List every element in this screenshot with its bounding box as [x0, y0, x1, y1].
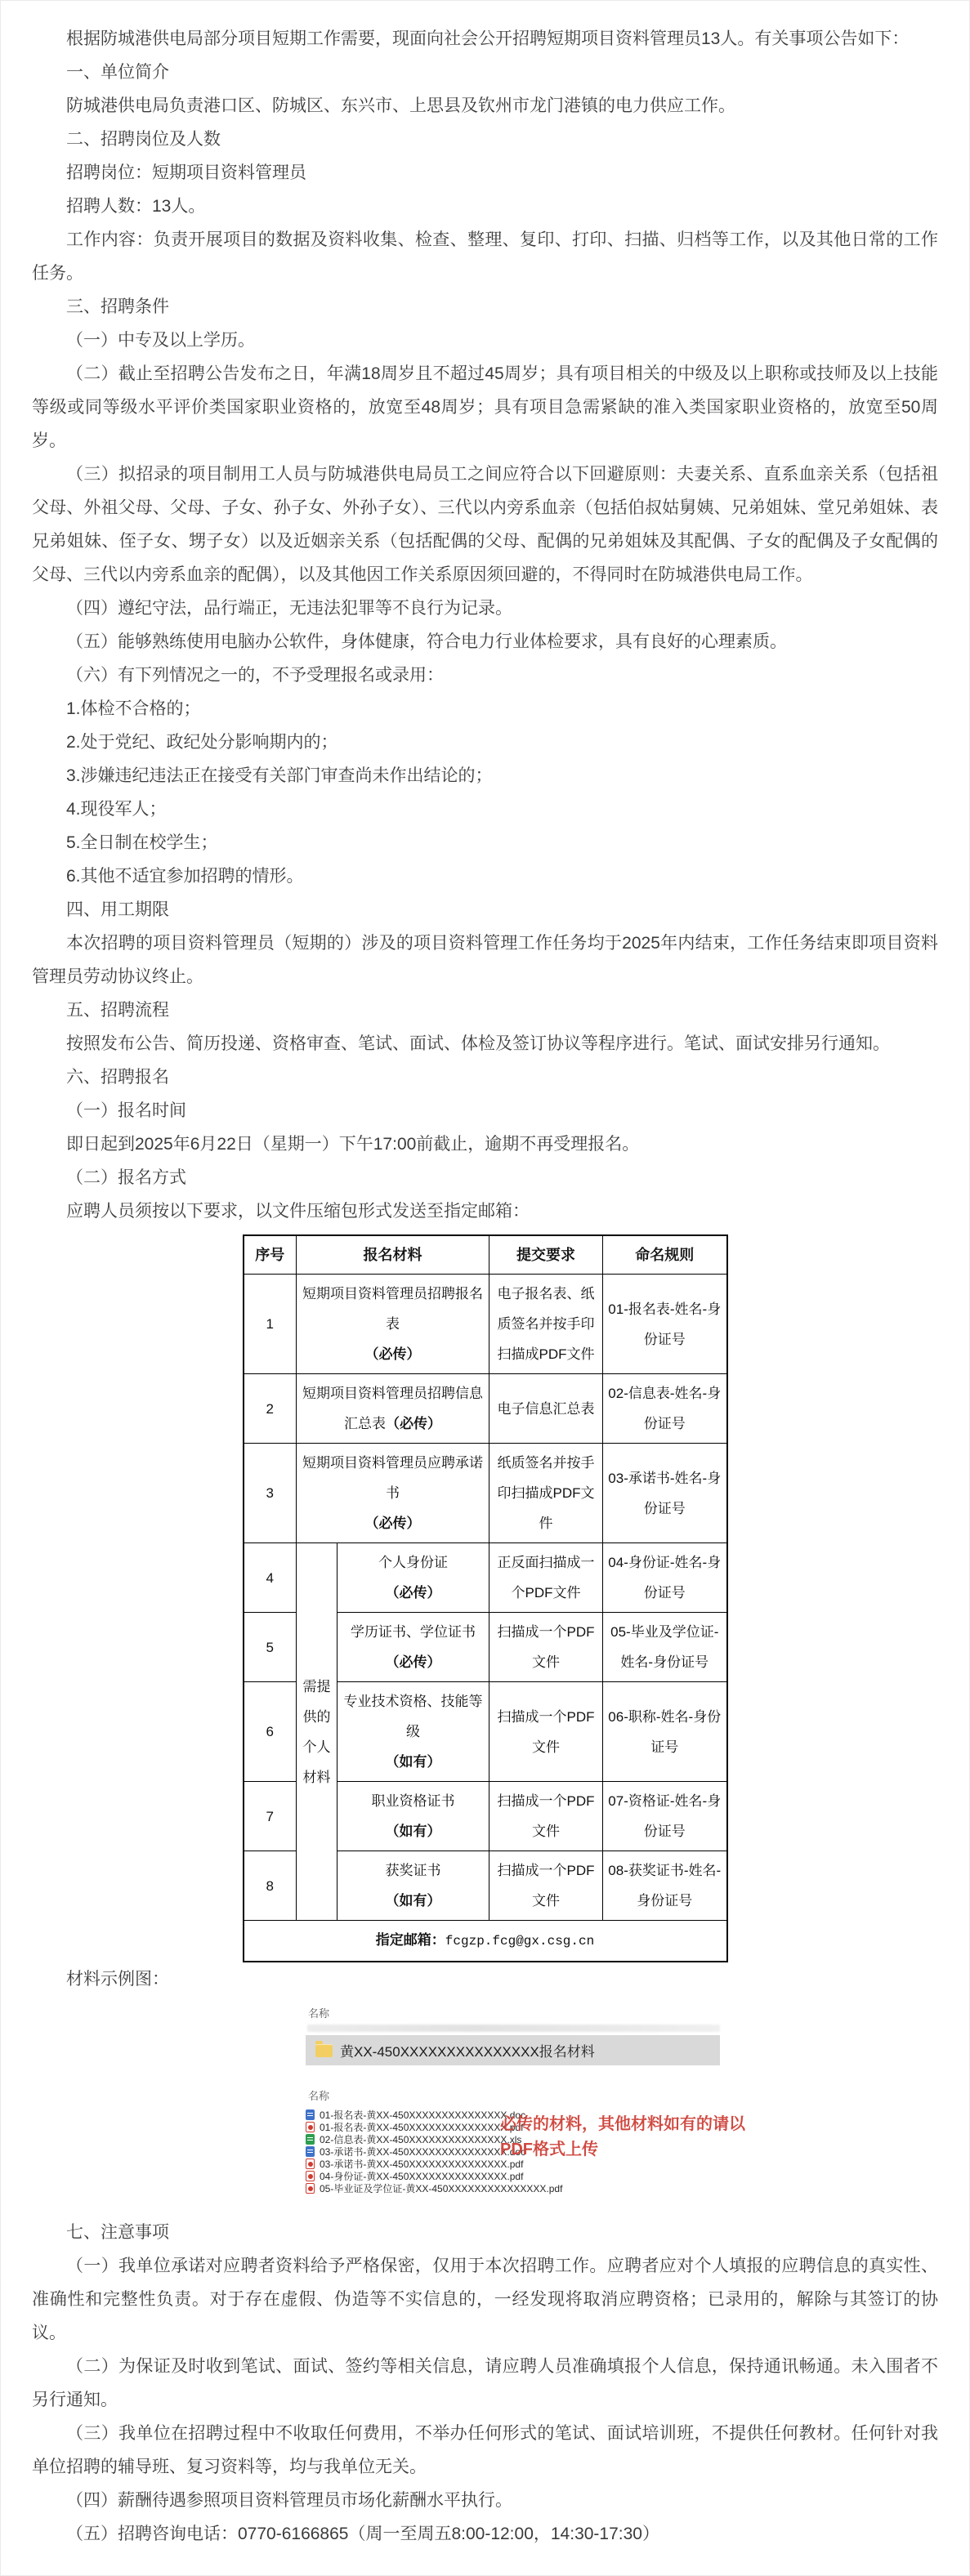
list-item: 5.全日制在校学生；	[32, 826, 938, 859]
cell-naming: 07-资格证-姓名-身份证号	[603, 1782, 727, 1851]
file-list-name-header: 名称	[308, 2007, 951, 2020]
paragraph: （三）我单位在招聘过程中不收取任何费用，不举办任何形式的笔试、面试培训班，不提供…	[32, 2417, 938, 2484]
cell-seq: 7	[244, 1782, 297, 1851]
cell-requirement: 扫描成一个PDF文件	[489, 1613, 603, 1682]
paragraph: 本次招聘的项目资料管理员（短期的）涉及的项目资料管理工作任务均于2025年内结束…	[32, 926, 938, 993]
announcement-document: 根据防城港供电局部分项目短期工作需要，现面向社会公开招聘短期项目资料管理员13人…	[0, 0, 970, 2576]
materials-example-image: 名称 黄XX-450XXXXXXXXXXXXXXX报名材料 名称 01-报名表-…	[306, 2007, 951, 2194]
section-heading: 三、招聘条件	[32, 290, 938, 324]
paragraph: 招聘人数：13人。	[32, 190, 938, 223]
paragraph: （四）遵纪守法，品行端正，无违法犯罪等不良行为记录。	[32, 592, 938, 625]
section-heading: 七、注意事项	[32, 2216, 938, 2249]
sub-heading: （二）报名方式	[32, 1161, 938, 1194]
pdf-file-icon	[306, 2122, 315, 2132]
table-header-row: 序号 报名材料 提交要求 命名规则	[244, 1235, 727, 1275]
cell-requirement: 正反面扫描成一个PDF文件	[489, 1543, 603, 1613]
table-footer-row: 指定邮箱：fcgzp.fcg@gx.csg.cn	[244, 1921, 727, 1962]
cell-requirement: 纸质签名并按手印扫描成PDF文件	[489, 1444, 603, 1543]
cell-seq: 4	[244, 1543, 297, 1613]
optional-tag: （如有）	[341, 1886, 485, 1916]
section-heading: 一、单位简介	[32, 56, 938, 89]
cell-naming: 02-信息表-姓名-身份证号	[603, 1374, 727, 1444]
cell-naming: 06-职称-姓名-身份证号	[603, 1682, 727, 1782]
section-heading: 四、用工期限	[32, 893, 938, 926]
cell-seq: 3	[244, 1444, 297, 1543]
paragraph: 防城港供电局负责港口区、防城区、东兴市、上思县及钦州市龙门港镇的电力供应工作。	[32, 89, 938, 123]
notes-section: 七、注意事项 （一）我单位承诺对应聘者资料给予严格保密，仅用于本次招聘工作。应聘…	[32, 2216, 938, 2551]
cell-requirement: 扫描成一个PDF文件	[489, 1851, 603, 1921]
folder-name: 黄XX-450XXXXXXXXXXXXXXX报名材料	[340, 2040, 595, 2060]
paragraph: （一）我单位承诺对应聘者资料给予严格保密，仅用于本次招聘工作。应聘者应对个人填报…	[32, 2249, 938, 2350]
paragraph: （四）薪酬待遇参照项目资料管理员市场化薪酬水平执行。	[32, 2484, 938, 2517]
cell-requirement: 扫描成一个PDF文件	[489, 1782, 603, 1851]
cell-seq: 8	[244, 1851, 297, 1921]
header-naming: 命名规则	[603, 1235, 727, 1275]
file-item: 04-身份证-黄XX-450XXXXXXXXXXXXXXX.pdf	[306, 2170, 951, 2182]
cell-naming: 01-报名表-姓名-身份证号	[603, 1275, 727, 1374]
file-item: 05-毕业证及学位证-黄XX-450XXXXXXXXXXXXXXX.pdf	[306, 2182, 951, 2194]
paragraph: 应聘人员须按以下要求，以文件压缩包形式发送至指定邮箱：	[32, 1194, 938, 1228]
cell-material: 职业资格证书（如有）	[337, 1782, 489, 1851]
cell-requirement: 电子信息汇总表	[489, 1374, 603, 1444]
pdf-file-icon	[306, 2171, 315, 2181]
paragraph: （一）中专及以上学历。	[32, 324, 938, 357]
required-tag: （必传）	[341, 1647, 485, 1677]
cell-material: 个人身份证（必传）	[337, 1543, 489, 1613]
cell-seq: 6	[244, 1682, 297, 1782]
cell-material: 学历证书、学位证书（必传）	[337, 1613, 489, 1682]
paragraph: （六）有下列情况之一的，不予受理报名或录用：	[32, 659, 938, 692]
contact-phone-line: （五）招聘咨询电话：0770-6166865（周一至周五8:00-12:00，1…	[32, 2517, 938, 2551]
example-label: 材料示例图：	[32, 1962, 938, 1996]
section-heading: 五、招聘流程	[32, 993, 938, 1027]
required-tag: （必传）	[300, 1339, 485, 1369]
word-file-icon	[306, 2146, 315, 2157]
paragraph: （二）为保证及时收到笔试、面试、签约等相关信息，请应聘人员准确填报个人信息，保持…	[32, 2350, 938, 2417]
word-file-icon	[306, 2109, 315, 2120]
required-tag: （必传）	[300, 1508, 485, 1538]
paragraph: 招聘岗位：短期项目资料管理员	[32, 156, 938, 190]
group-label-cell: 需提供的个人材料	[297, 1543, 337, 1921]
section-heading: 六、招聘报名	[32, 1060, 938, 1094]
cell-requirement: 电子报名表、纸质签名并按手印扫描成PDF文件	[489, 1275, 603, 1374]
pdf-file-icon	[306, 2159, 315, 2169]
cell-material: 专业技术资格、技能等级（如有）	[337, 1682, 489, 1782]
pdf-file-icon	[306, 2183, 315, 2194]
paragraph: 即日起到2025年6月22日（星期一）下午17:00前截止，逾期不再受理报名。	[32, 1127, 938, 1161]
file-name: 05-毕业证及学位证-黄XX-450XXXXXXXXXXXXXXX.pdf	[320, 2181, 562, 2195]
list-item: 1.体检不合格的；	[32, 692, 938, 725]
cell-material: 短期项目资料管理员招聘报名表（必传）	[297, 1275, 489, 1374]
header-seq: 序号	[244, 1235, 297, 1275]
cell-material: 短期项目资料管理员招聘信息汇总表（必传）	[297, 1374, 489, 1444]
red-annotation: 必传的材料，其他材料如有的请以PDF格式上传	[500, 2112, 771, 2163]
header-material: 报名材料	[297, 1235, 489, 1275]
required-tag: （必传）	[341, 1578, 485, 1608]
folder-icon	[315, 2044, 333, 2057]
sub-heading: （一）报名时间	[32, 1094, 938, 1127]
cell-seq: 1	[244, 1275, 297, 1374]
cell-material: 短期项目资料管理员应聘承诺书（必传）	[297, 1444, 489, 1543]
file-list-name-header: 名称	[308, 2090, 951, 2103]
paragraph: 工作内容：负责开展项目的数据及资料收集、检查、整理、复印、打印、扫描、归档等工作…	[32, 223, 938, 290]
intro-paragraph: 根据防城港供电局部分项目短期工作需要，现面向社会公开招聘短期项目资料管理员13人…	[32, 22, 938, 56]
list-item: 6.其他不适宜参加招聘的情形。	[32, 859, 938, 893]
mailbox-email: fcgzp.fcg@gx.csg.cn	[445, 1934, 594, 1949]
header-requirement: 提交要求	[489, 1235, 603, 1275]
table-row: 2 短期项目资料管理员招聘信息汇总表（必传） 电子信息汇总表 02-信息表-姓名…	[244, 1374, 727, 1444]
paragraph: （三）拟招录的项目制用工人员与防城港供电局员工之间应符合以下回避原则：夫妻关系、…	[32, 458, 938, 592]
cell-naming: 08-获奖证书-姓名-身份证号	[603, 1851, 727, 1921]
table-row: 3 短期项目资料管理员应聘承诺书（必传） 纸质签名并按手印扫描成PDF文件 03…	[244, 1444, 727, 1543]
cell-naming: 05-毕业及学位证-姓名-身份证号	[603, 1613, 727, 1682]
cell-seq: 2	[244, 1374, 297, 1444]
optional-tag: （如有）	[341, 1816, 485, 1846]
section-heading: 二、招聘岗位及人数	[32, 123, 938, 156]
application-materials-table: 序号 报名材料 提交要求 命名规则 1 短期项目资料管理员招聘报名表（必传） 电…	[243, 1234, 728, 1962]
cell-material: 获奖证书（如有）	[337, 1851, 489, 1921]
excel-file-icon	[306, 2134, 315, 2145]
cell-naming: 04-身份证-姓名-身份证号	[603, 1543, 727, 1613]
cell-seq: 5	[244, 1613, 297, 1682]
table-row: 1 短期项目资料管理员招聘报名表（必传） 电子报名表、纸质签名并按手印扫描成PD…	[244, 1275, 727, 1374]
paragraph: （五）能够熟练使用电脑办公软件，身体健康，符合电力行业体检要求，具有良好的心理素…	[32, 625, 938, 659]
required-tag: （必传）	[386, 1416, 441, 1431]
mailbox-label: 指定邮箱：	[376, 1932, 445, 1948]
list-item: 2.处于党纪、政纪处分影响期内的；	[32, 725, 938, 759]
cell-naming: 03-承诺书-姓名-身份证号	[603, 1444, 727, 1543]
folder-row: 黄XX-450XXXXXXXXXXXXXXX报名材料	[306, 2035, 720, 2065]
paragraph: 按照发布公告、简历投递、资格审查、笔试、面试、体检及签订协议等程序进行。笔试、面…	[32, 1027, 938, 1060]
list-item: 4.现役军人；	[32, 792, 938, 826]
paragraph: （二）截止至招聘公告发布之日，年满18周岁且不超过45周岁；具有项目相关的中级及…	[32, 357, 938, 458]
table-row: 4 需提供的个人材料 个人身份证（必传） 正反面扫描成一个PDF文件 04-身份…	[244, 1543, 727, 1613]
list-item: 3.涉嫌违纪违法正在接受有关部门审查尚未作出结论的；	[32, 759, 938, 792]
cell-requirement: 扫描成一个PDF文件	[489, 1682, 603, 1782]
optional-tag: （如有）	[341, 1747, 485, 1777]
blurred-row	[307, 2025, 720, 2032]
designated-mailbox-cell: 指定邮箱：fcgzp.fcg@gx.csg.cn	[244, 1921, 727, 1962]
